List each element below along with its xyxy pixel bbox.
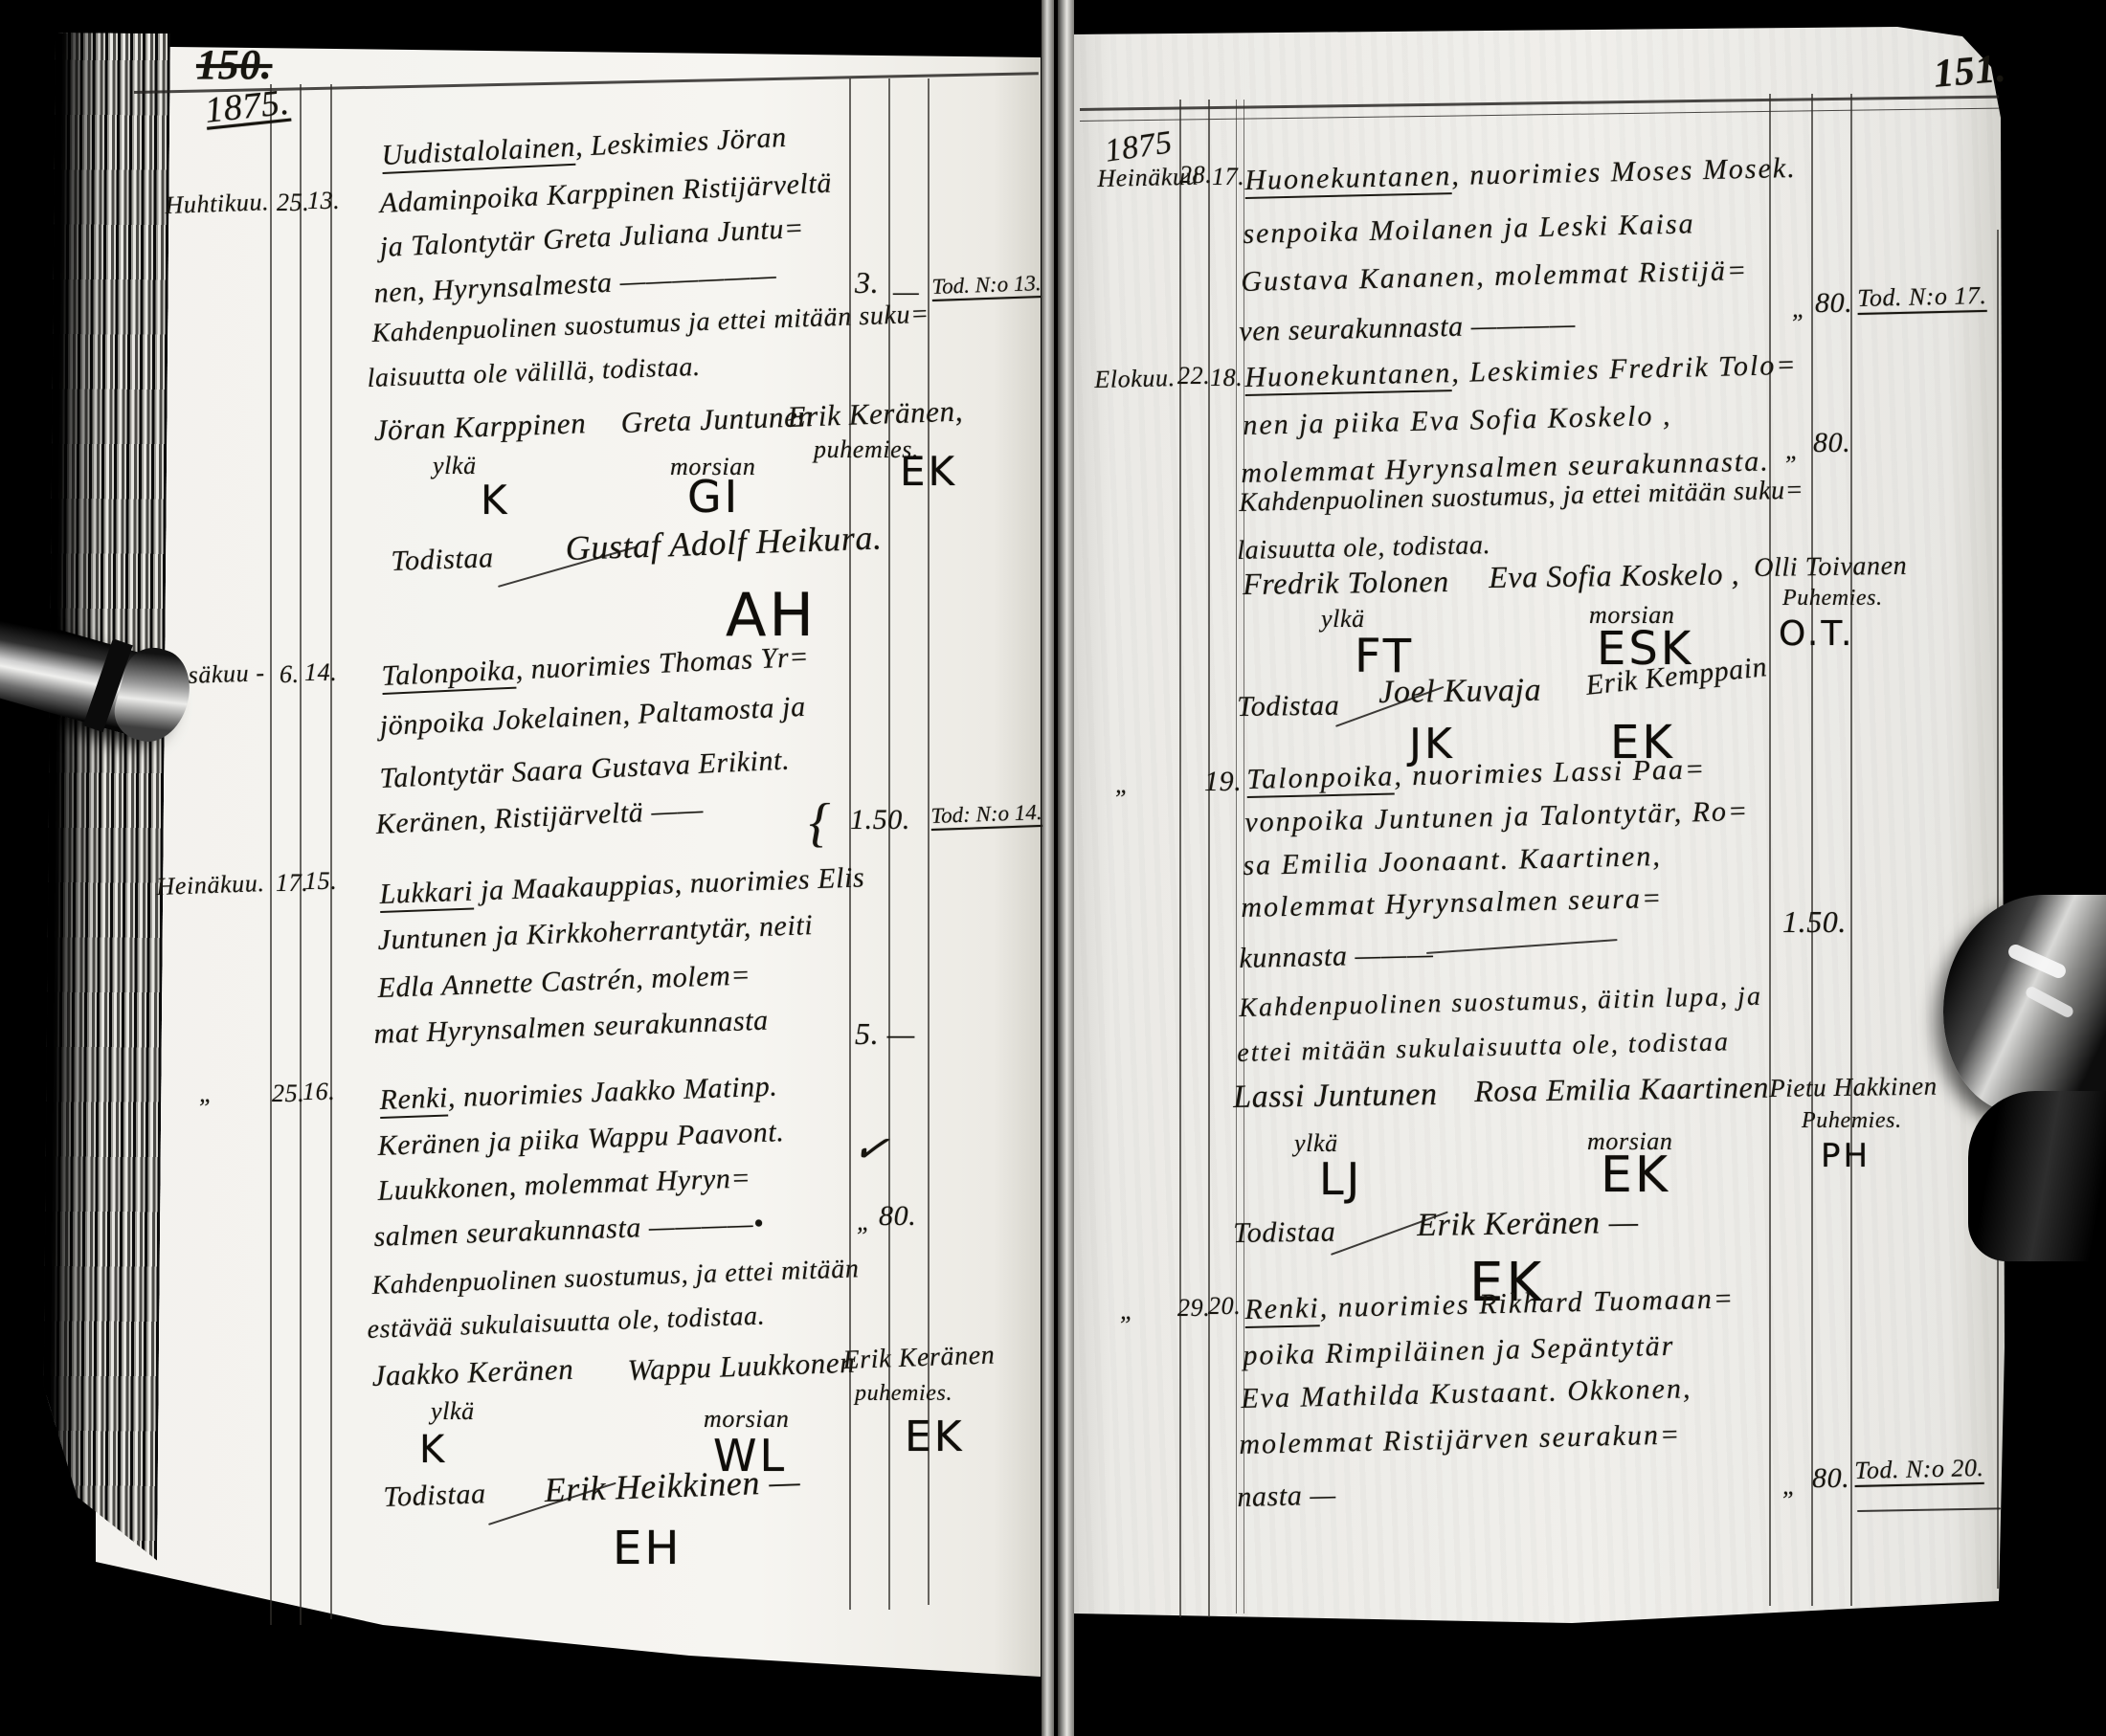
day-cell: 28. <box>1179 161 1212 189</box>
entry-number: 18. <box>1210 364 1243 392</box>
gutter-strip <box>1058 0 1074 1736</box>
scanned-register-spread: 150. 1875. Huhtikuu. 25. 13. Uudistalola… <box>0 0 2106 1736</box>
occupation-term: Renki <box>1244 1292 1320 1328</box>
day-cell: 29. <box>1177 1294 1210 1323</box>
witness-name: Joel Kuvaja <box>1378 673 1541 711</box>
witness-label: Todistaa <box>1233 1216 1336 1250</box>
groom-initials: K <box>481 477 510 523</box>
month-cell: Elokuu. <box>1094 364 1176 394</box>
fee-ditto: „ <box>857 1208 871 1236</box>
clamp-tip <box>1943 895 2106 1113</box>
day-cell: 6. <box>280 660 300 689</box>
spokesman-name: Olli Toivanen <box>1754 551 1907 584</box>
witness-label: Todistaa <box>383 1478 486 1514</box>
column-rule <box>1208 100 1210 1617</box>
fee-value: 80. <box>1815 287 1852 320</box>
entry-line: , nuorimies Lassi Paa= <box>1394 753 1707 791</box>
certificate-note: Tod. N:o 13. <box>931 271 1042 300</box>
fee-value: 80. <box>1813 427 1850 459</box>
entry-number: 14. <box>304 658 337 687</box>
fee-value: 3. <box>855 265 879 300</box>
entry-number: 20. <box>1208 1292 1241 1321</box>
fee-value: 5. — <box>855 1016 915 1052</box>
page-number: 151. <box>1932 45 2008 97</box>
column-rule <box>1811 94 1813 1606</box>
column-rule <box>1236 100 1237 1614</box>
certificate-note: Tod. N:o 20. <box>1854 1454 1984 1485</box>
groom-name: Jaakko Keränen <box>371 1352 574 1393</box>
fee-value: 80. <box>1812 1462 1849 1495</box>
spokesman-role: Puhemies. <box>1782 586 1883 612</box>
entry-line: kunnasta ——— <box>1239 938 1434 975</box>
book-clamp-right <box>1932 895 2106 1263</box>
fee-ditto: „ <box>1792 295 1806 323</box>
certificate-note: Tod. N:o 17. <box>1857 281 1987 313</box>
spokesman-initials: PH <box>1821 1137 1871 1175</box>
day-cell: 25. <box>277 189 309 217</box>
occupation-term: Huonekuntanen <box>1244 357 1452 396</box>
witness-label: Todistaa <box>391 542 494 578</box>
month-ditto: „ <box>1115 770 1130 799</box>
spokesman-name: Pietu Hakkinen <box>1769 1072 1938 1103</box>
spokesman-initials: EK <box>900 448 957 495</box>
column-rule <box>300 84 302 1625</box>
column-rule <box>330 84 332 1619</box>
year-heading: 1875. <box>203 81 292 132</box>
groom-name: Jöran Karppinen <box>373 406 587 448</box>
gutter-strip <box>1042 0 1054 1736</box>
entry-line: nasta — <box>1237 1480 1336 1514</box>
clamp-rod <box>1968 1091 2106 1261</box>
groom-role: ylkä <box>433 452 477 480</box>
column-rule <box>270 84 272 1625</box>
fee-ditto: „ <box>1785 436 1800 465</box>
entry-number: 16. <box>302 1078 335 1106</box>
fee-value: 1.50. <box>850 804 910 836</box>
witness-name: Erik Keränen — <box>1417 1205 1639 1244</box>
witness-initials: EH <box>613 1522 682 1575</box>
spokesman-initials: O.T. <box>1779 614 1854 654</box>
fee-value: 80. <box>879 1200 916 1233</box>
spokesman-role: Puhemies. <box>1802 1108 1902 1134</box>
bride-name: Greta Juntunen <box>620 399 814 440</box>
fee-value: 1.50. <box>1782 904 1847 940</box>
entry-line: , nuorimies Moses Mosek. <box>1451 152 1797 191</box>
bride-name: Rosa Emilia Kaartinen <box>1474 1070 1769 1109</box>
column-rule <box>1769 94 1771 1606</box>
month-cell: Heinäkuu. <box>156 869 265 901</box>
spokesman-name: Erik Keränen <box>842 1340 996 1376</box>
entry-number: 17. <box>1212 163 1244 191</box>
entry-number: 15. <box>304 867 337 896</box>
consent-line: laisuutta ole, todistaa. <box>1237 530 1491 567</box>
entry-number: 19. <box>1204 766 1242 798</box>
spokesman-name: Erik Keränen, <box>787 394 964 434</box>
spokesman-initials: EK <box>905 1413 965 1461</box>
page-edge-stripes <box>42 33 170 1608</box>
spokesman-role: puhemies. <box>855 1381 952 1407</box>
occupation-term: Lukkari <box>379 876 474 913</box>
occupation-term: Talonpoika <box>381 655 516 695</box>
month-ditto: „ <box>1120 1297 1134 1325</box>
day-cell: 22. <box>1177 362 1210 390</box>
entry-number: 13. <box>307 187 340 215</box>
bride-name: Eva Sofia Koskelo , <box>1489 556 1740 595</box>
column-rule <box>1850 94 1852 1606</box>
groom-name: Fredrik Tolonen <box>1243 564 1449 602</box>
occupation-term: Renki <box>379 1082 449 1119</box>
month-cell: Huhtikuu. <box>165 188 270 220</box>
occupation-term: Huonekuntanen <box>1244 160 1452 199</box>
groom-initials: LJ <box>1319 1153 1362 1205</box>
column-rule <box>1179 100 1181 1617</box>
occupation-term: Talonpoika <box>1246 761 1395 798</box>
page-number: 150. <box>196 40 272 89</box>
witness-label: Todistaa <box>1237 690 1340 723</box>
certificate-note: Tod: N:o 14. <box>930 800 1042 829</box>
fee-ditto: „ <box>1782 1472 1797 1501</box>
groom-name: Lassi Juntunen <box>1233 1077 1438 1116</box>
month-ditto: „ <box>199 1079 213 1108</box>
witness-initials: AH <box>726 580 817 650</box>
groom-role: ylkä <box>431 1397 475 1426</box>
day-cell: 25. <box>272 1079 304 1108</box>
bride-initials: EK <box>1601 1146 1670 1204</box>
entry-line: , Leskimies Fredrik Tolo= <box>1451 349 1798 389</box>
brace-mark: { <box>809 792 831 854</box>
bride-initials: GI <box>687 471 740 523</box>
groom-initials: K <box>419 1428 447 1472</box>
